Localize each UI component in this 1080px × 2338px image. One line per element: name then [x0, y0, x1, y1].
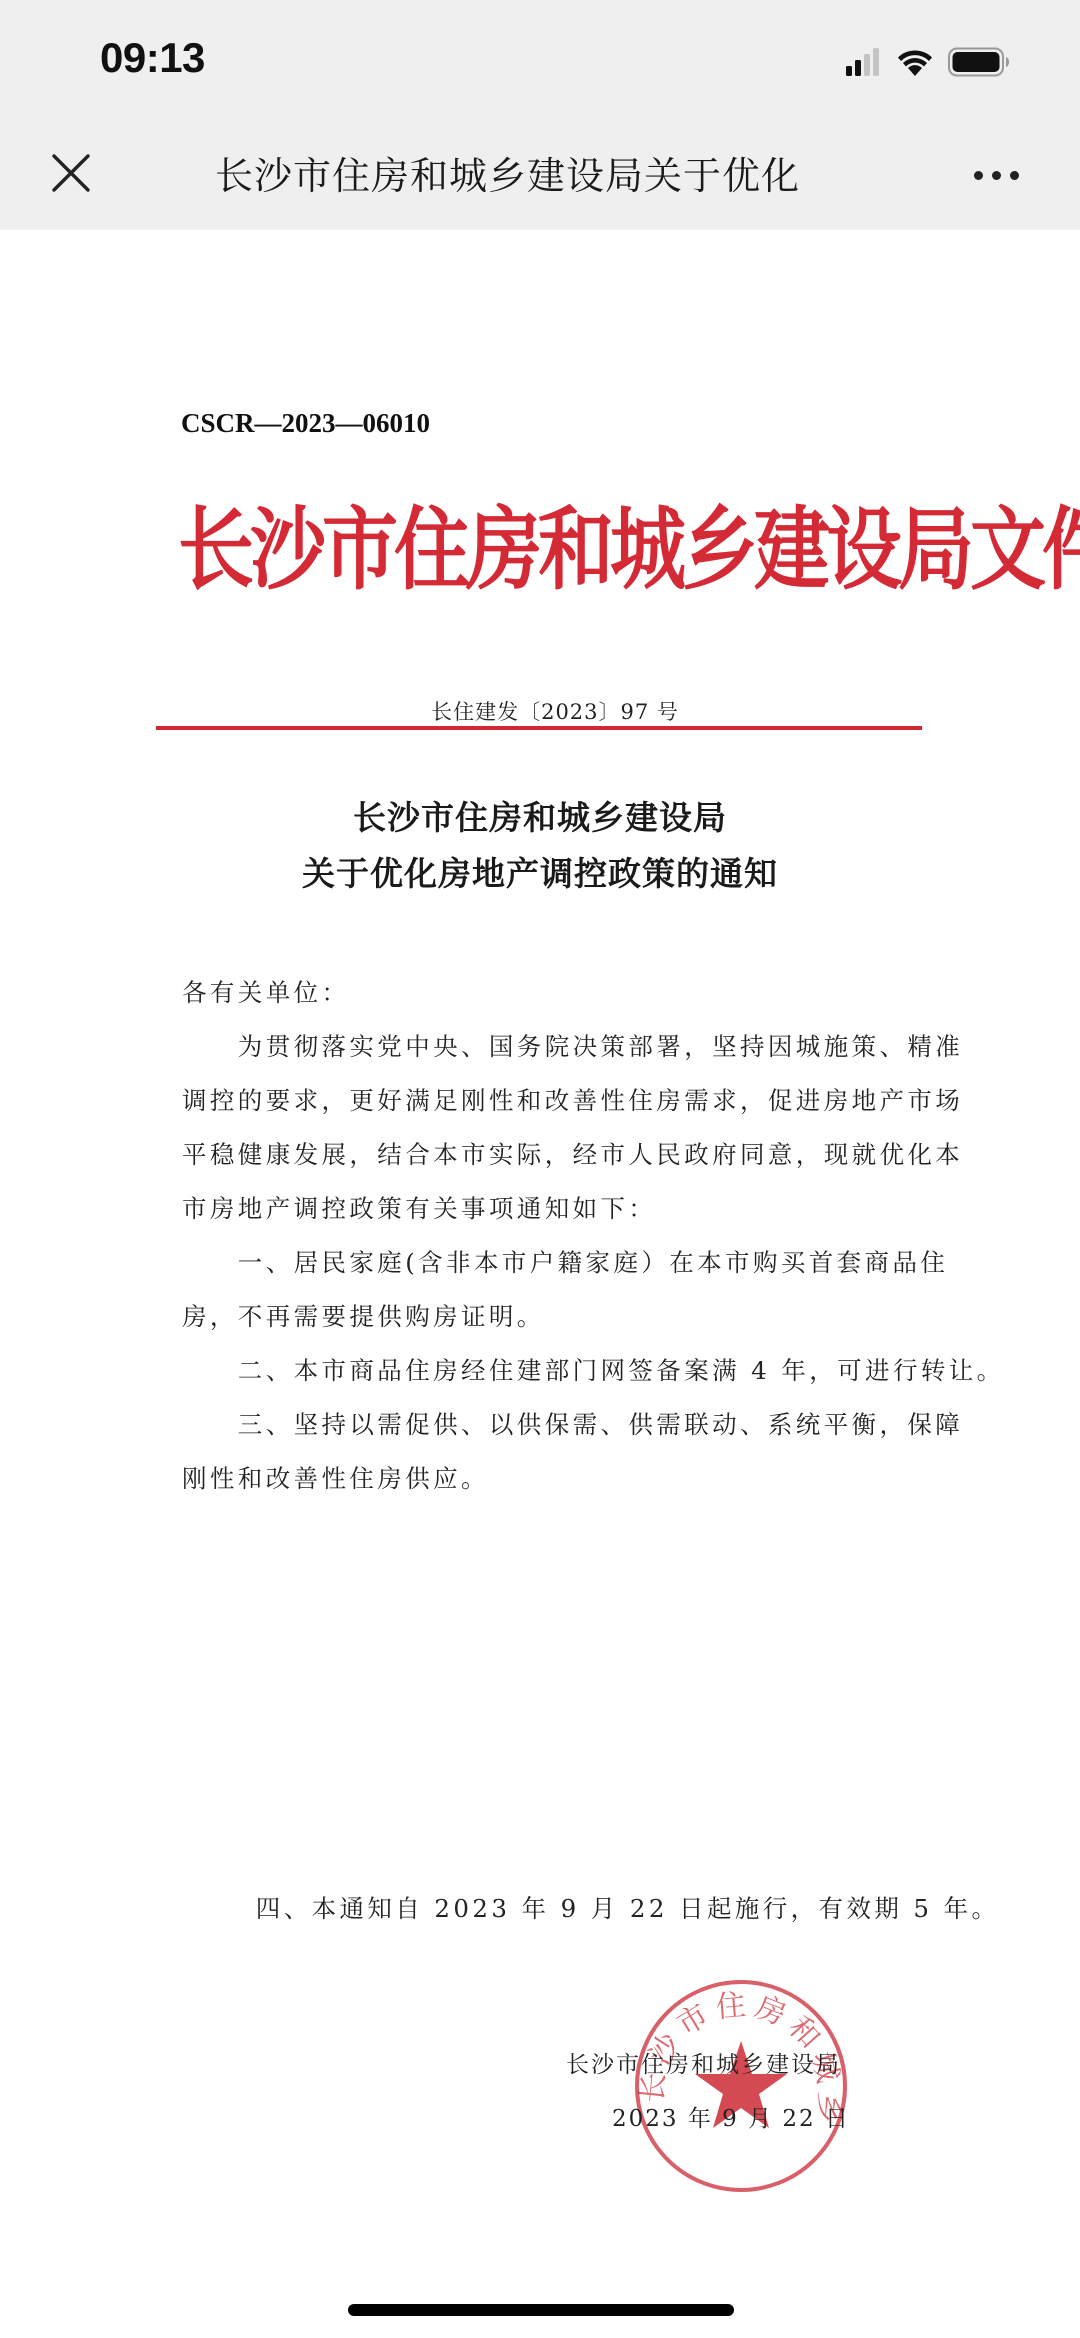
item-1-line: 一、居民家庭(含非本市户籍家庭）在本市购买首套商品住: [182, 1236, 912, 1290]
status-icons: [846, 44, 1010, 80]
nav-bar: 长沙市住房和城乡建设局关于优化: [0, 120, 1080, 230]
item-2-line: 二、本市商品住房经住建部门网签备案满 4 年，可进行转让。: [182, 1344, 912, 1398]
official-seal-stamp: 长沙市住房和城乡建设局: [630, 1975, 852, 2197]
status-time: 09:13: [100, 34, 205, 82]
more-button[interactable]: [974, 160, 1030, 190]
close-icon: [46, 148, 96, 198]
document-title-line2: 关于优化房地产调控政策的通知: [0, 848, 1080, 895]
document-number-text: 长住建发〔2023〕97 号: [431, 696, 679, 726]
signature-date: 2023 年 9 月 22 日: [612, 2100, 850, 2133]
cellular-signal-icon: [846, 47, 882, 77]
item-3-line: 三、坚持以需促供、以供保需、供需联动、系统平衡，保障: [182, 1398, 912, 1452]
document-number: 长住建发〔2023〕97 号: [0, 696, 1080, 726]
wifi-icon: [896, 47, 934, 77]
item-3-line: 刚性和改善性住房供应。: [182, 1452, 912, 1506]
intro-line: 市房地产调控政策有关事项通知如下：: [182, 1182, 912, 1236]
item-4-line: 四、本通知自 2023 年 9 月 22 日起施行，有效期 5 年。: [200, 1882, 930, 1936]
document-title-line1: 长沙市住房和城乡建设局: [0, 792, 1080, 839]
intro-line: 为贯彻落实党中央、国务院决策部署，坚持因城施策、精准: [182, 1020, 912, 1074]
more-icon-dot: [992, 171, 1001, 180]
document-header: 长沙市住房和城乡建设局文件: [178, 478, 908, 607]
intro-line: 调控的要求，更好满足刚性和改善性住房需求，促进房地产市场: [182, 1074, 912, 1128]
battery-icon: [948, 47, 1010, 77]
document-image: CSCR—2023—06010 长沙市住房和城乡建设局文件 长住建发〔2023〕…: [0, 230, 1080, 2260]
salutation: 各有关单位：: [182, 966, 912, 1020]
red-divider: [156, 726, 922, 730]
document-code: CSCR—2023—06010: [181, 408, 430, 439]
close-button[interactable]: [46, 148, 96, 198]
signature-organization: 长沙市住房和城乡建设局: [566, 2046, 841, 2079]
intro-line: 平稳健康发展，结合本市实际，经市人民政府同意，现就优化本: [182, 1128, 912, 1182]
page-title: 长沙市住房和城乡建设局关于优化: [215, 146, 875, 206]
item-1-line: 房，不再需要提供购房证明。: [182, 1290, 912, 1344]
more-icon-dot: [1010, 171, 1019, 180]
more-icon-dot: [974, 171, 983, 180]
status-bar: 09:13: [0, 0, 1080, 120]
home-indicator[interactable]: [348, 2304, 734, 2316]
